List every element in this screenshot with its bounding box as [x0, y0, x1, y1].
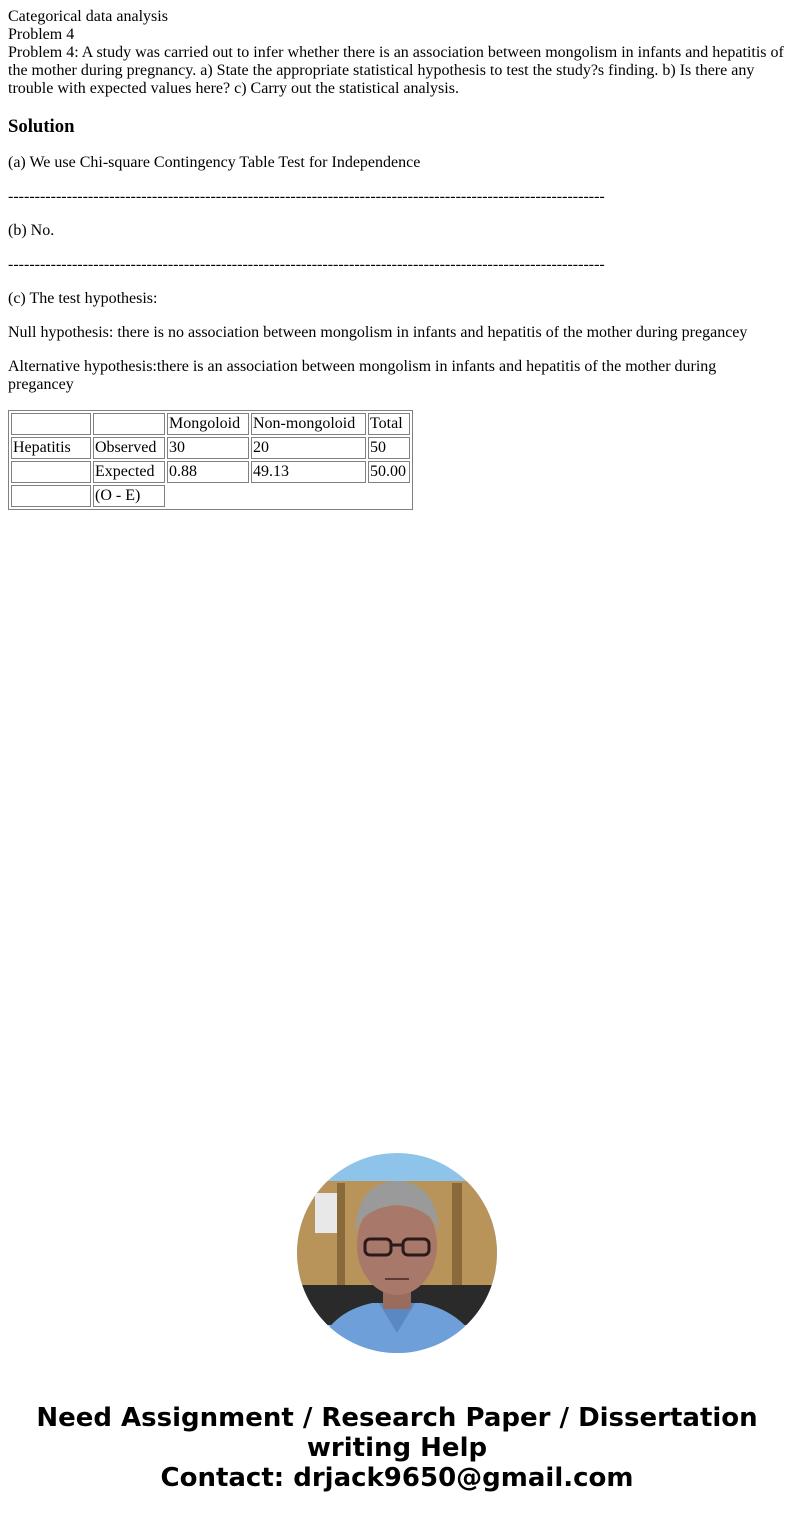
document-body: Categorical data analysis Problem 4 Prob… — [0, 0, 794, 510]
table-row: Hepatitis Observed 30 20 50 — [11, 437, 410, 459]
separator-line: ----------------------------------------… — [8, 188, 786, 206]
table-cell: (O - E) — [93, 485, 165, 507]
separator-line: ----------------------------------------… — [8, 256, 786, 274]
null-hypothesis: Null hypothesis: there is no association… — [8, 324, 786, 342]
table-cell: Hepatitis — [11, 437, 91, 459]
table-header-cell — [11, 413, 91, 435]
contingency-table: Mongoloid Non-mongoloid Total Hepatitis … — [8, 410, 413, 510]
answer-c-intro: (c) The test hypothesis: — [8, 290, 786, 308]
table-header-cell — [93, 413, 165, 435]
answer-b: (b) No. — [8, 222, 786, 240]
table-row: Expected 0.88 49.13 50.00 — [11, 461, 410, 483]
table-cell: 50 — [368, 437, 410, 459]
author-avatar — [297, 1153, 497, 1353]
problem-label: Problem 4 — [8, 26, 786, 44]
table-cell: 49.13 — [251, 461, 366, 483]
table-header-cell: Total — [368, 413, 410, 435]
category-title: Categorical data analysis — [8, 8, 786, 26]
table-header-cell: Mongoloid — [167, 413, 249, 435]
problem-statement: Problem 4: A study was carried out to in… — [8, 44, 786, 98]
alternative-hypothesis: Alternative hypothesis:there is an assoc… — [8, 358, 786, 394]
table-cell: 50.00 — [368, 461, 410, 483]
contact-email: Contact: drjack9650@gmail.com — [0, 1463, 794, 1493]
table-row: (O - E) — [11, 485, 410, 507]
table-cell: Observed — [93, 437, 165, 459]
promo-banner: Need Assignment / Research Paper / Disse… — [0, 1403, 794, 1493]
promo-line: writing Help — [0, 1433, 794, 1463]
table-header-row: Mongoloid Non-mongoloid Total — [11, 413, 410, 435]
table-cell: Expected — [93, 461, 165, 483]
promo-line: Need Assignment / Research Paper / Disse… — [0, 1403, 794, 1433]
table-cell — [11, 461, 91, 483]
table-cell: 20 — [251, 437, 366, 459]
table-cell — [11, 485, 91, 507]
answer-a: (a) We use Chi-square Contingency Table … — [8, 154, 786, 172]
person-photo-icon — [297, 1153, 497, 1353]
table-header-cell: Non-mongoloid — [251, 413, 366, 435]
solution-heading: Solution — [8, 116, 786, 138]
table-cell: 30 — [167, 437, 249, 459]
table-cell: 0.88 — [167, 461, 249, 483]
